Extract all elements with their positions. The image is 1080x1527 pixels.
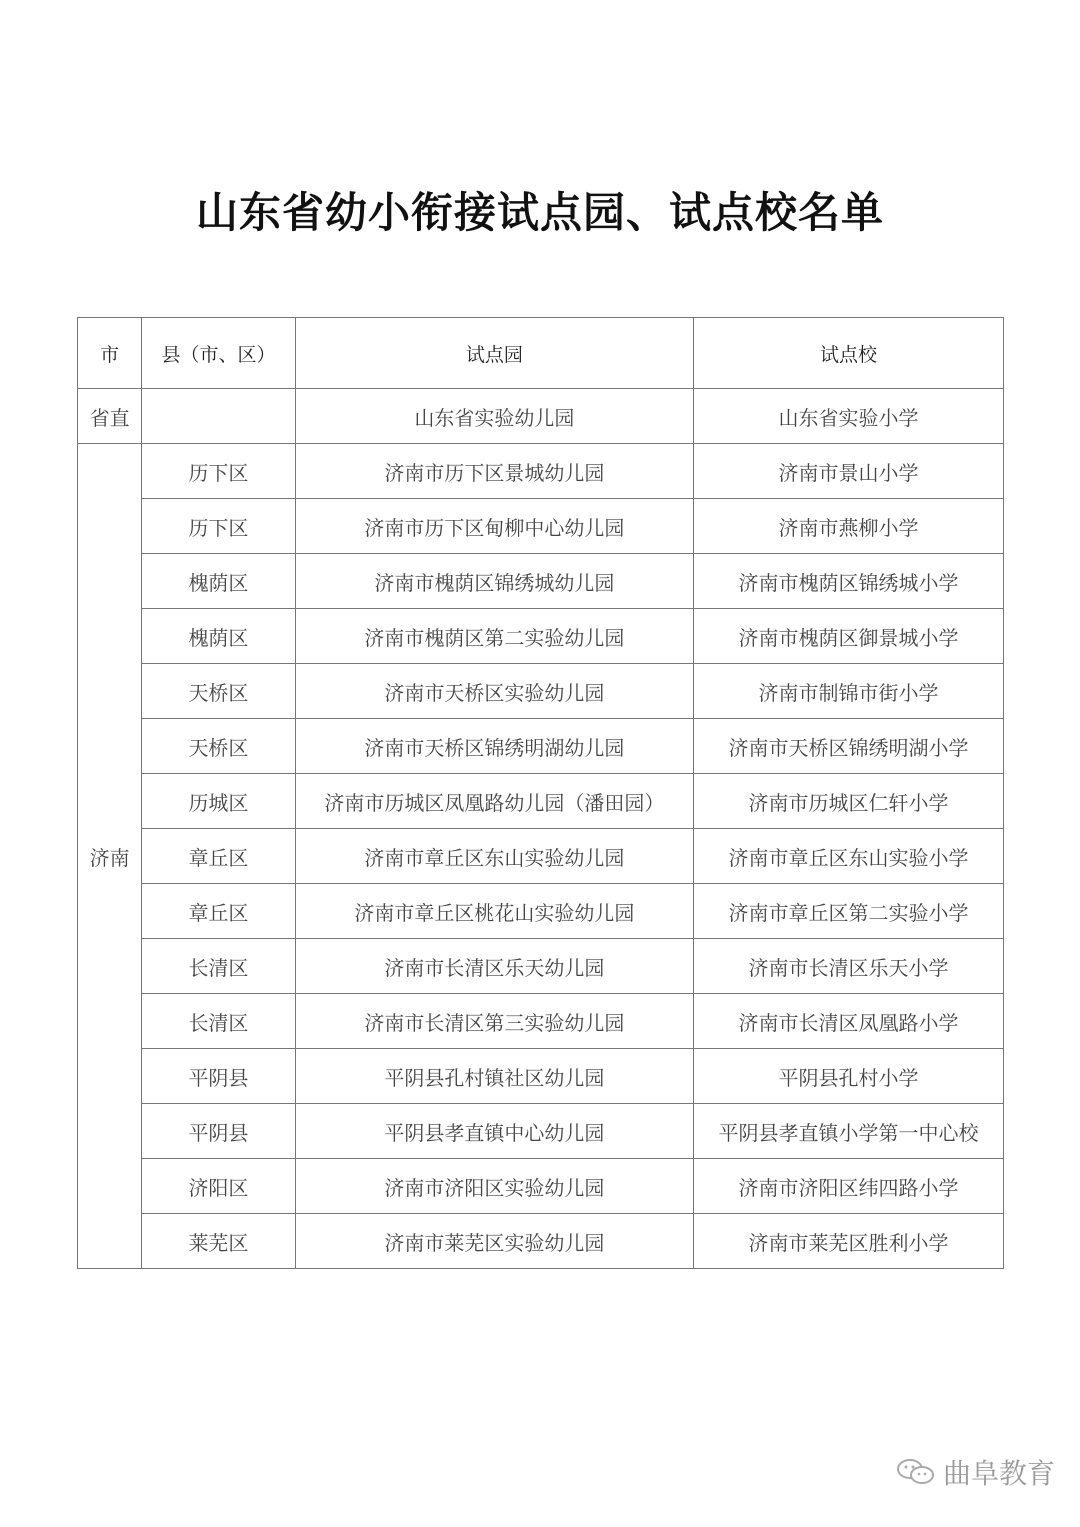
cell-county: 平阴县 bbox=[142, 1104, 295, 1159]
cell-county: 天桥区 bbox=[142, 719, 295, 774]
cell-kindergarten: 济南市章丘区东山实验幼儿园 bbox=[295, 829, 693, 884]
watermark-text: 曲阜教育 bbox=[943, 1452, 1055, 1492]
cell-school: 济南市长清区凤凰路小学 bbox=[693, 994, 1003, 1049]
table-row: 槐荫区济南市槐荫区第二实验幼儿园济南市槐荫区御景城小学 bbox=[78, 609, 1004, 664]
cell-county: 章丘区 bbox=[142, 884, 295, 939]
pilot-list-table: 市 县（市、区） 试点园 试点校 省直 山东省实验幼儿园 山东省实验小学 济南历… bbox=[77, 317, 1004, 1269]
cell-school: 济南市制锦市街小学 bbox=[693, 664, 1003, 719]
watermark: 曲阜教育 bbox=[895, 1452, 1055, 1492]
cell-kindergarten: 济南市长清区第三实验幼儿园 bbox=[295, 994, 693, 1049]
cell-county: 历下区 bbox=[142, 499, 295, 554]
cell-county: 平阴县 bbox=[142, 1049, 295, 1104]
cell-city: 省直 bbox=[78, 389, 142, 444]
cell-kindergarten: 济南市莱芜区实验幼儿园 bbox=[295, 1214, 693, 1269]
table-row: 历下区济南市历下区甸柳中心幼儿园济南市燕柳小学 bbox=[78, 499, 1004, 554]
cell-county: 章丘区 bbox=[142, 829, 295, 884]
cell-county: 莱芜区 bbox=[142, 1214, 295, 1269]
cell-county bbox=[142, 389, 295, 444]
table-row: 天桥区济南市天桥区锦绣明湖幼儿园济南市天桥区锦绣明湖小学 bbox=[78, 719, 1004, 774]
cell-kindergarten: 济南市章丘区桃花山实验幼儿园 bbox=[295, 884, 693, 939]
header-school: 试点校 bbox=[693, 318, 1003, 389]
table-row: 平阴县平阴县孔村镇社区幼儿园平阴县孔村小学 bbox=[78, 1049, 1004, 1104]
table-row: 莱芜区济南市莱芜区实验幼儿园济南市莱芜区胜利小学 bbox=[78, 1214, 1004, 1269]
header-city: 市 bbox=[78, 318, 142, 389]
cell-school: 济南市莱芜区胜利小学 bbox=[693, 1214, 1003, 1269]
table-row: 长清区济南市长清区乐天幼儿园济南市长清区乐天小学 bbox=[78, 939, 1004, 994]
wechat-icon bbox=[895, 1457, 937, 1487]
cell-school: 济南市槐荫区锦绣城小学 bbox=[693, 554, 1003, 609]
table-row: 历城区济南市历城区凤凰路幼儿园（潘田园）济南市历城区仁轩小学 bbox=[78, 774, 1004, 829]
table-row: 章丘区济南市章丘区东山实验幼儿园济南市章丘区东山实验小学 bbox=[78, 829, 1004, 884]
cell-county: 槐荫区 bbox=[142, 554, 295, 609]
cell-kindergarten: 济南市济阳区实验幼儿园 bbox=[295, 1159, 693, 1214]
table-row: 济阳区济南市济阳区实验幼儿园济南市济阳区纬四路小学 bbox=[78, 1159, 1004, 1214]
table-row: 平阴县平阴县孝直镇中心幼儿园平阴县孝直镇小学第一中心校 bbox=[78, 1104, 1004, 1159]
table-row: 济南历下区济南市历下区景城幼儿园济南市景山小学 bbox=[78, 444, 1004, 499]
cell-school: 济南市景山小学 bbox=[693, 444, 1003, 499]
cell-county: 长清区 bbox=[142, 994, 295, 1049]
cell-school: 平阴县孔村小学 bbox=[693, 1049, 1003, 1104]
cell-school: 济南市济阳区纬四路小学 bbox=[693, 1159, 1003, 1214]
cell-school: 济南市历城区仁轩小学 bbox=[693, 774, 1003, 829]
cell-kindergarten: 山东省实验幼儿园 bbox=[295, 389, 693, 444]
cell-county: 历下区 bbox=[142, 444, 295, 499]
header-kindergarten: 试点园 bbox=[295, 318, 693, 389]
cell-city: 济南 bbox=[78, 444, 142, 1269]
cell-kindergarten: 济南市天桥区实验幼儿园 bbox=[295, 664, 693, 719]
table-row: 章丘区济南市章丘区桃花山实验幼儿园济南市章丘区第二实验小学 bbox=[78, 884, 1004, 939]
cell-kindergarten: 济南市槐荫区锦绣城幼儿园 bbox=[295, 554, 693, 609]
header-county: 县（市、区） bbox=[142, 318, 295, 389]
cell-kindergarten: 济南市槐荫区第二实验幼儿园 bbox=[295, 609, 693, 664]
cell-county: 槐荫区 bbox=[142, 609, 295, 664]
cell-kindergarten: 济南市历城区凤凰路幼儿园（潘田园） bbox=[295, 774, 693, 829]
page-title: 山东省幼小衔接试点园、试点校名单 bbox=[0, 180, 1080, 240]
cell-school: 济南市章丘区第二实验小学 bbox=[693, 884, 1003, 939]
cell-school: 济南市天桥区锦绣明湖小学 bbox=[693, 719, 1003, 774]
cell-county: 长清区 bbox=[142, 939, 295, 994]
table-header-row: 市 县（市、区） 试点园 试点校 bbox=[78, 318, 1004, 389]
cell-county: 济阳区 bbox=[142, 1159, 295, 1214]
cell-county: 天桥区 bbox=[142, 664, 295, 719]
cell-kindergarten: 济南市天桥区锦绣明湖幼儿园 bbox=[295, 719, 693, 774]
cell-kindergarten: 平阴县孝直镇中心幼儿园 bbox=[295, 1104, 693, 1159]
cell-kindergarten: 济南市历下区景城幼儿园 bbox=[295, 444, 693, 499]
table-row: 天桥区济南市天桥区实验幼儿园济南市制锦市街小学 bbox=[78, 664, 1004, 719]
cell-kindergarten: 济南市历下区甸柳中心幼儿园 bbox=[295, 499, 693, 554]
cell-school: 济南市槐荫区御景城小学 bbox=[693, 609, 1003, 664]
table-row: 省直 山东省实验幼儿园 山东省实验小学 bbox=[78, 389, 1004, 444]
cell-school: 济南市燕柳小学 bbox=[693, 499, 1003, 554]
cell-school: 济南市长清区乐天小学 bbox=[693, 939, 1003, 994]
cell-school: 平阴县孝直镇小学第一中心校 bbox=[693, 1104, 1003, 1159]
cell-kindergarten: 济南市长清区乐天幼儿园 bbox=[295, 939, 693, 994]
cell-school: 山东省实验小学 bbox=[693, 389, 1003, 444]
cell-kindergarten: 平阴县孔村镇社区幼儿园 bbox=[295, 1049, 693, 1104]
cell-school: 济南市章丘区东山实验小学 bbox=[693, 829, 1003, 884]
cell-county: 历城区 bbox=[142, 774, 295, 829]
table-row: 长清区济南市长清区第三实验幼儿园济南市长清区凤凰路小学 bbox=[78, 994, 1004, 1049]
table-row: 槐荫区济南市槐荫区锦绣城幼儿园济南市槐荫区锦绣城小学 bbox=[78, 554, 1004, 609]
